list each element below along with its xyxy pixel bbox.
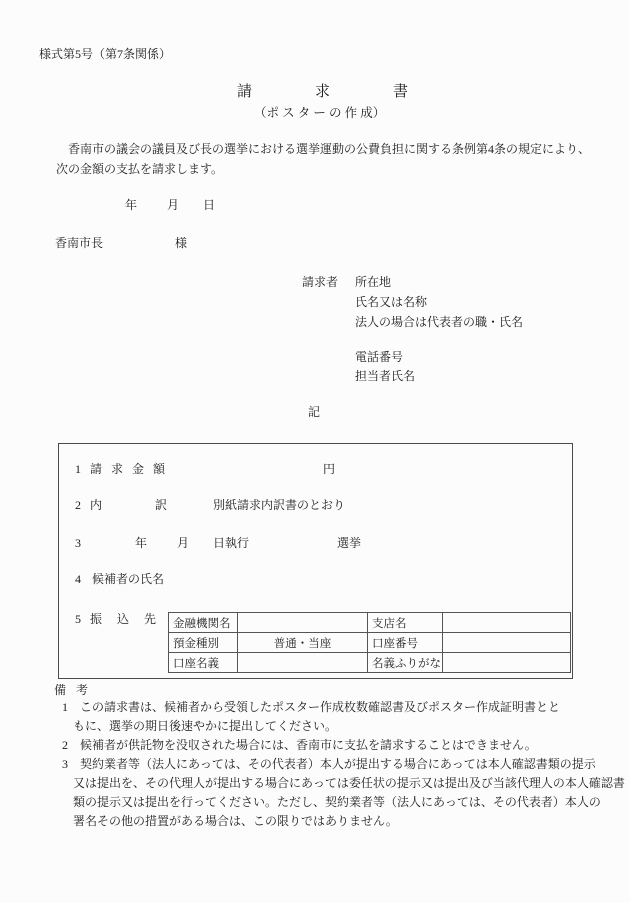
item3-election-label: 選挙	[337, 536, 361, 550]
item3-number: 3	[75, 536, 81, 550]
item1-number: 1	[75, 462, 81, 476]
item2-label-part1: 内	[90, 498, 102, 512]
remarks-note3-line1: 3 契約業者等（法人にあっては、その代表者）本人が提出する場合にあっては本人確認…	[62, 757, 596, 771]
holder-furigana-value-cell	[443, 653, 571, 673]
remarks-note1-line2: もに、選挙の期日後速やかに提出してください。	[73, 719, 337, 733]
account-holder-value-cell	[238, 653, 368, 673]
date-day-label: 日	[203, 198, 215, 212]
claim-detail-box: 1 請求金額 円 2 内 訳 別紙請求内訳書のとおり 3 年 月 日執行 選挙 …	[58, 443, 573, 679]
branch-name-label: 支店名	[368, 613, 443, 633]
remarks-note3-line3: 類の提示又は提出を行ってください。ただし、契約業者等（法人にあっては、その代表者…	[73, 795, 601, 809]
date-month-label: 月	[167, 198, 179, 212]
recipient-honorific: 様	[175, 236, 187, 250]
item3-month-label: 月	[177, 536, 189, 550]
account-number-label: 口座番号	[368, 633, 443, 653]
account-holder-label: 口座名義	[169, 653, 238, 673]
bank-institution-label: 金融機関名	[169, 613, 238, 633]
remarks-note3-line2: 又は提出を、その代理人が提出する場合にあっては委任状の提示又は提出及び当該代理人…	[73, 776, 625, 790]
item5-number: 5	[75, 612, 81, 626]
bank-table-row: 預金種別 普通・当座 口座番号	[169, 633, 571, 653]
date-year-label: 年	[125, 198, 137, 212]
bank-table-row: 口座名義 名義ふりがな	[169, 653, 571, 673]
remarks-note1-line1: 1 この請求書は、候補者から受領したポスター作成枚数確認書及びポスター作成証明書…	[62, 700, 560, 714]
bank-institution-value-cell	[238, 613, 368, 633]
item4-number: 4	[75, 572, 81, 586]
claim-form-page: 様式第5号（第7条関係） 請求書 （ポ ス タ ー の 作 成） 香南市の議会の…	[0, 0, 630, 903]
record-mark: 記	[308, 405, 320, 419]
recipient-name: 香南市長	[55, 236, 103, 250]
bank-table-row: 金融機関名 支店名	[169, 613, 571, 633]
claimant-phone-label: 電話番号	[355, 350, 403, 364]
item5-label: 振込先	[90, 612, 171, 626]
claimant-corporate-label: 法人の場合は代表者の職・氏名	[355, 315, 523, 329]
item2-value: 別紙請求内訳書のとおり	[213, 498, 345, 512]
deposit-type-value: 普通・当座	[238, 633, 368, 653]
document-title: 請求書	[237, 83, 471, 101]
item3-day-exec-label: 日執行	[213, 536, 249, 550]
claimant-label: 請求者	[302, 275, 338, 289]
claimant-address-label: 所在地	[355, 275, 391, 289]
bank-transfer-table: 金融機関名 支店名 預金種別 普通・当座 口座番号 口座名義 名義ふりがな	[168, 612, 571, 673]
deposit-type-label: 預金種別	[169, 633, 238, 653]
item4-label: 候補者の氏名	[92, 572, 164, 586]
form-number: 様式第5号（第7条関係）	[39, 47, 171, 61]
remarks-heading: 備考	[54, 683, 98, 697]
item1-unit-label: 円	[323, 462, 335, 476]
item2-number: 2	[75, 498, 81, 512]
item1-label: 請求金額	[90, 462, 174, 476]
intro-line-2: 次の金額の支払を請求します。	[56, 162, 223, 176]
branch-name-value-cell	[443, 613, 571, 633]
item2-label-part2: 訳	[155, 498, 167, 512]
claimant-contact-label: 担当者氏名	[355, 369, 415, 383]
holder-furigana-label: 名義ふりがな	[368, 653, 443, 673]
claimant-name-label: 氏名又は名称	[355, 295, 427, 309]
remarks-note2: 2 候補者が供託物を没収された場合には、香南市に支払を請求することはできません。	[62, 738, 537, 752]
item3-year-label: 年	[135, 536, 147, 550]
intro-line-1: 香南市の議会の議員及び長の選挙における選挙運動の公費負担に関する条例第4条の規定…	[68, 142, 590, 156]
account-number-value-cell	[443, 633, 571, 653]
document-subtitle: （ポ ス タ ー の 作 成）	[254, 106, 385, 121]
remarks-note3-line4: 署名その他の措置がある場合は、この限りではありません。	[73, 814, 398, 828]
